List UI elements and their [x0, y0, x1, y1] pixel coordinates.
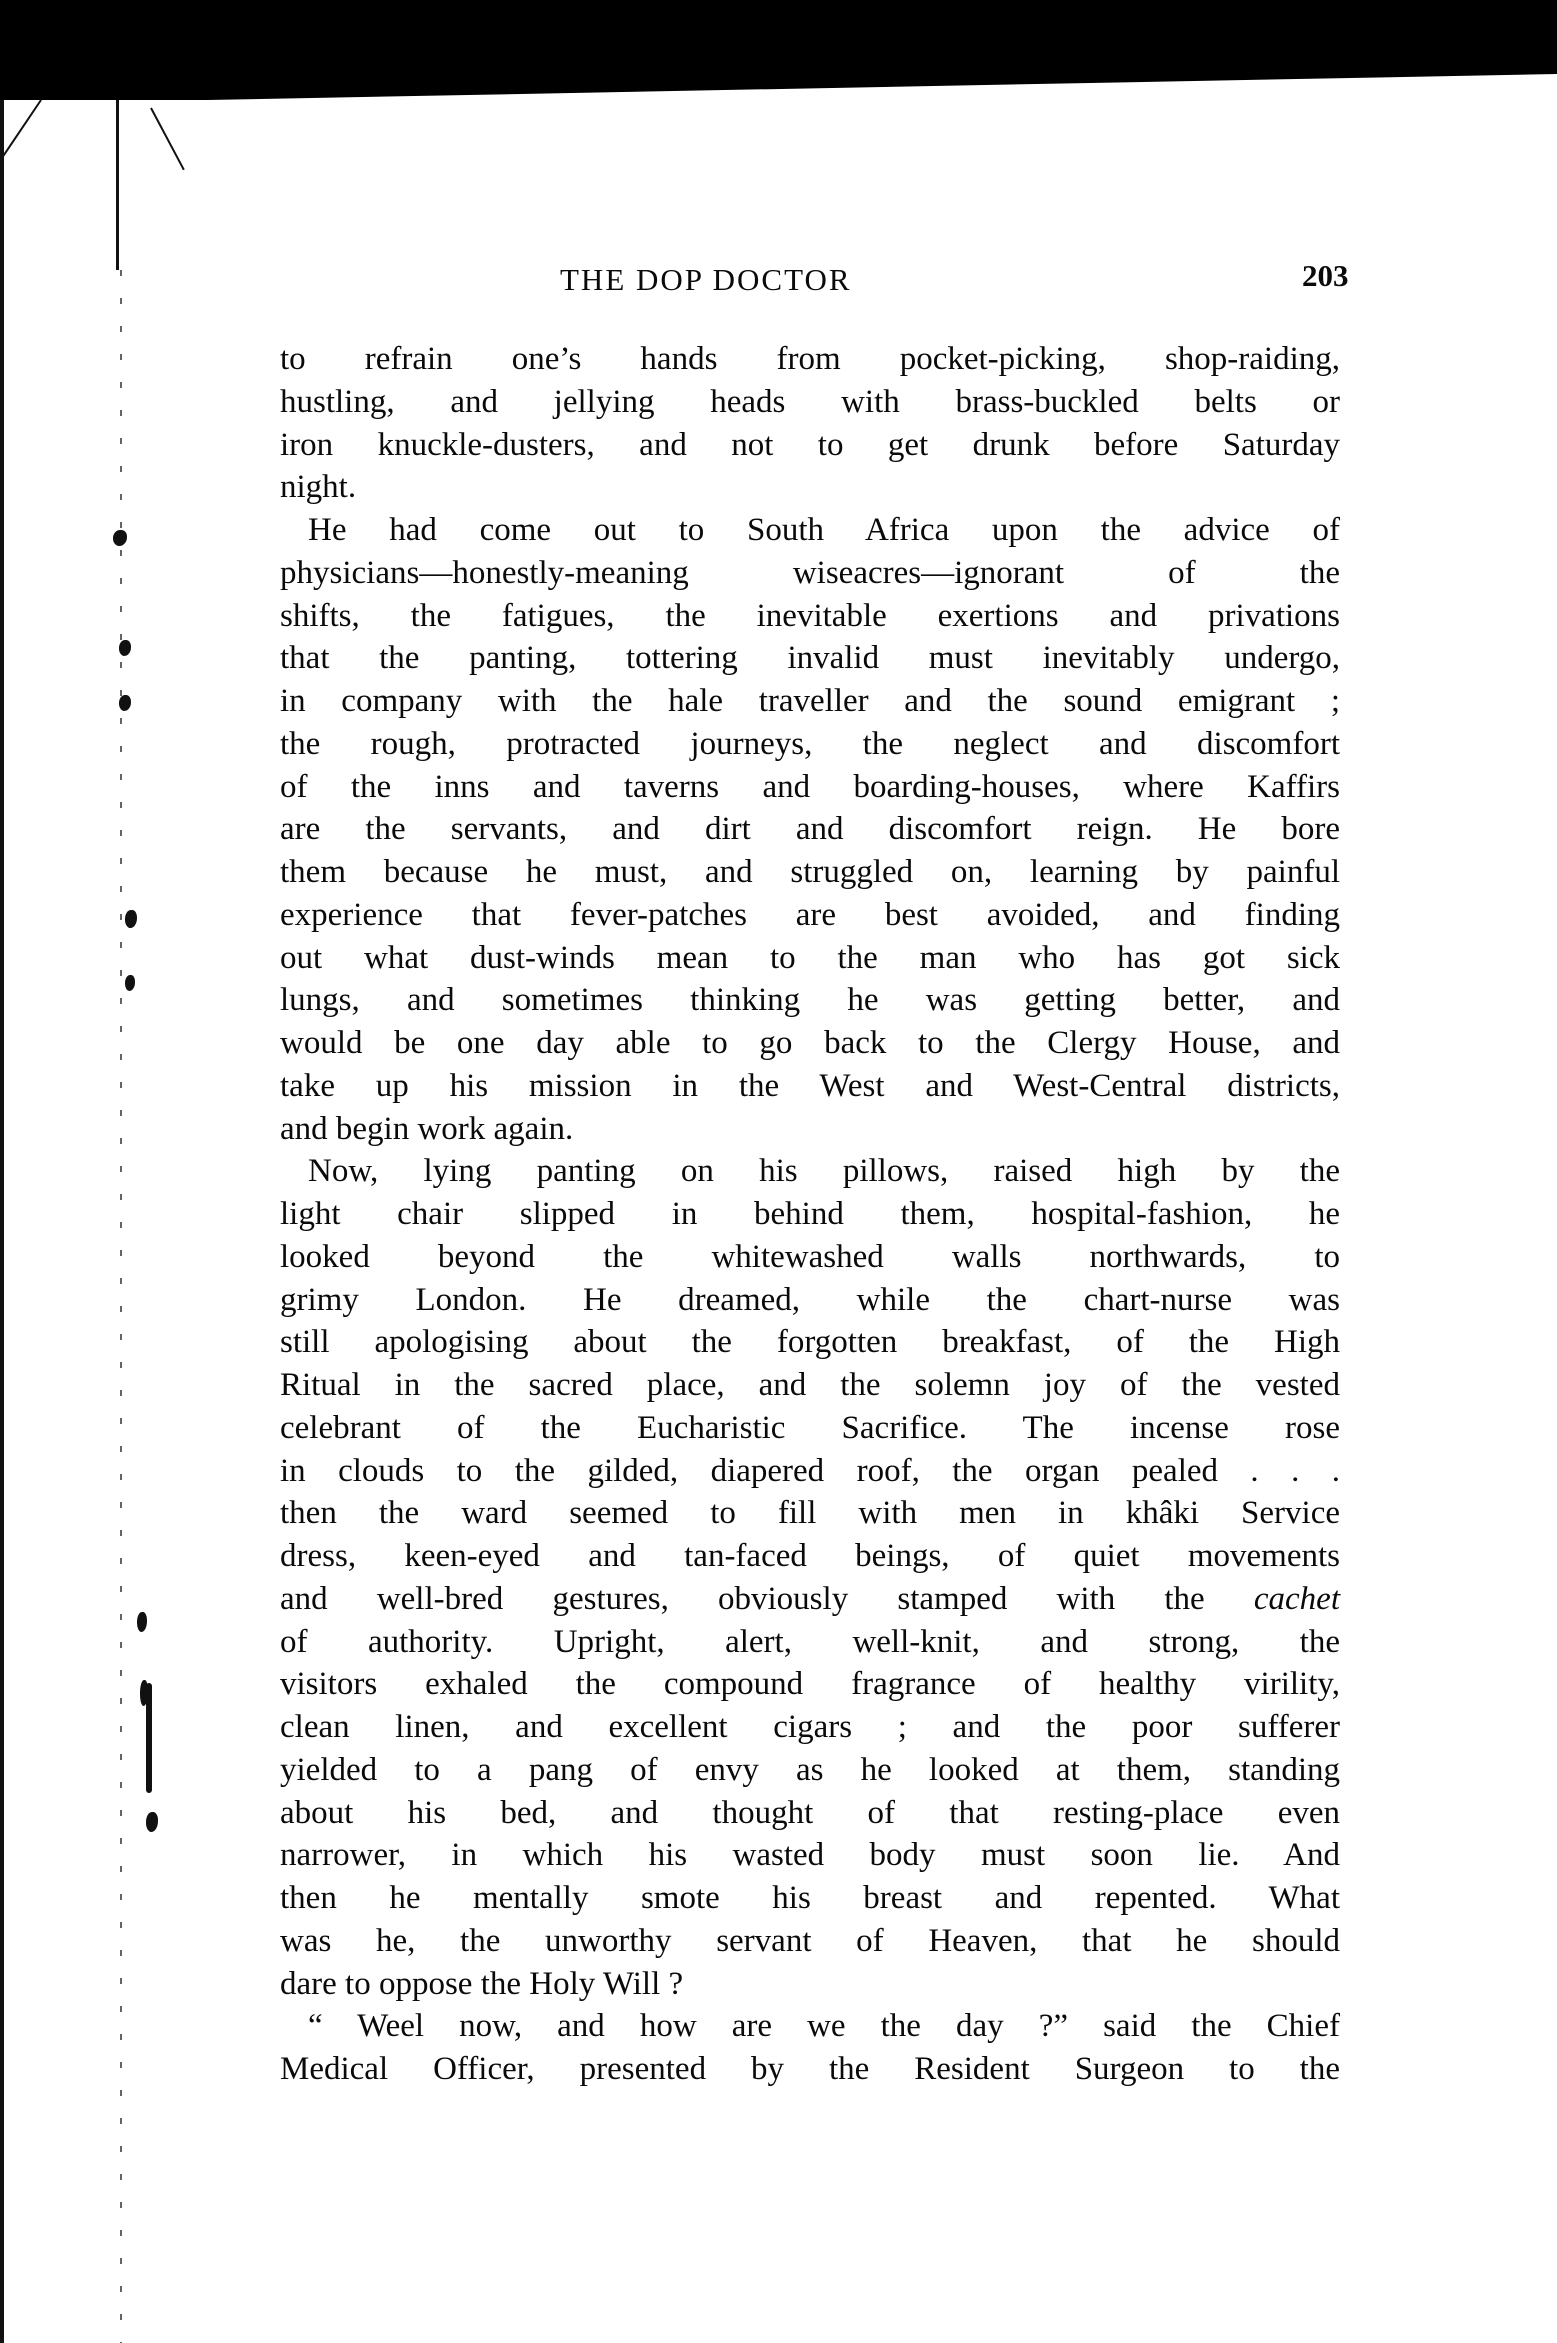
text-line-content: would be one day able to go back to the …	[280, 1025, 1340, 1061]
body-text: to refrain one’s hands from pocket-picki…	[280, 338, 1340, 2091]
text-line-content: night.	[280, 469, 356, 505]
text-line-content: still apologising about the forgotten br…	[280, 1324, 1340, 1360]
text-line-content: iron knuckle-dusters, and not to get dru…	[280, 427, 1340, 463]
text-line: and begin work again.	[280, 1108, 1340, 1151]
text-line: them because he must, and struggled on, …	[280, 851, 1340, 894]
text-line-content: shifts, the fatigues, the inevitable exe…	[280, 598, 1340, 634]
text-line: dress, keen-eyed and tan-faced beings, o…	[280, 1535, 1340, 1578]
text-line-content: about his bed, and thought of that resti…	[280, 1795, 1340, 1831]
text-line: physicians—honestly-meaning wiseacres—ig…	[280, 552, 1340, 595]
text-line: experience that fever-patches are best a…	[280, 894, 1340, 937]
text-line-content: hustling, and jellying heads with brass-…	[280, 384, 1340, 420]
text-line-content: He had come out to South Africa upon the…	[308, 512, 1340, 548]
text-line-content: dare to oppose the Holy Will ?	[280, 1966, 683, 2002]
running-head: THE DOP DOCTOR	[560, 262, 852, 298]
text-line-content: take up his mission in the West and West…	[280, 1068, 1340, 1104]
scan-top-black-band	[0, 0, 1557, 100]
text-line-content: and begin work again.	[280, 1111, 573, 1147]
text-line-content: of authority. Upright, alert, well-knit,…	[280, 1624, 1340, 1660]
text-line-content: yielded to a pang of envy as he looked a…	[280, 1752, 1340, 1788]
text-line: celebrant of the Eucharistic Sacrifice. …	[280, 1407, 1340, 1450]
text-line-content: grimy London. He dreamed, while the char…	[280, 1282, 1340, 1318]
text-line-content: to refrain one’s hands from pocket-picki…	[280, 341, 1340, 377]
scan-artifact-stroke	[150, 108, 185, 171]
text-line-content: lungs, and sometimes thinking he was get…	[280, 982, 1340, 1018]
text-line-content: clean linen, and excellent cigars ; and …	[280, 1709, 1340, 1745]
text-line-content: light chair slipped in behind them, hosp…	[280, 1196, 1340, 1232]
text-line: dare to oppose the Holy Will ?	[280, 1963, 1340, 2006]
text-line: “ Weel now, and how are we the day ?” sa…	[280, 2005, 1340, 2048]
text-line: iron knuckle-dusters, and not to get dru…	[280, 424, 1340, 467]
text-line-content: the rough, protracted journeys, the negl…	[280, 726, 1340, 762]
text-line: shifts, the fatigues, the inevitable exe…	[280, 595, 1340, 638]
text-line-content: Now, lying panting on his pillows, raise…	[308, 1153, 1340, 1189]
text-line: light chair slipped in behind them, hosp…	[280, 1193, 1340, 1236]
scan-left-edge	[0, 100, 4, 2343]
text-line: then the ward seemed to fill with men in…	[280, 1492, 1340, 1535]
text-line-content: in company with the hale traveller and t…	[280, 683, 1340, 719]
text-line: hustling, and jellying heads with brass-…	[280, 381, 1340, 424]
text-line: and well-bred gestures, obviously stampe…	[280, 1578, 1340, 1621]
binding-gutter-line	[116, 100, 119, 270]
ink-blot	[125, 910, 137, 928]
text-line-content: looked beyond the whitewashed walls nort…	[280, 1239, 1340, 1275]
text-line-content: and well-bred gestures, obviously stampe…	[280, 1581, 1205, 1617]
text-line: yielded to a pang of envy as he looked a…	[280, 1749, 1340, 1792]
ink-blot	[146, 1812, 158, 1832]
text-line: looked beyond the whitewashed walls nort…	[280, 1236, 1340, 1279]
text-line-content: physicians—honestly-meaning wiseacres—ig…	[280, 555, 1340, 591]
text-line: of authority. Upright, alert, well-knit,…	[280, 1621, 1340, 1664]
text-line: out what dust-winds mean to the man who …	[280, 937, 1340, 980]
text-line: to refrain one’s hands from pocket-picki…	[280, 338, 1340, 381]
binding-gutter-specks	[120, 270, 122, 2343]
text-line: would be one day able to go back to the …	[280, 1022, 1340, 1065]
text-line: grimy London. He dreamed, while the char…	[280, 1279, 1340, 1322]
text-line: clean linen, and excellent cigars ; and …	[280, 1706, 1340, 1749]
ink-smear	[146, 1683, 152, 1793]
text-line: about his bed, and thought of that resti…	[280, 1792, 1340, 1835]
text-line-content: experience that fever-patches are best a…	[280, 897, 1340, 933]
text-line: the rough, protracted journeys, the negl…	[280, 723, 1340, 766]
text-line: still apologising about the forgotten br…	[280, 1321, 1340, 1364]
text-line-content: celebrant of the Eucharistic Sacrifice. …	[280, 1410, 1340, 1446]
scan-artifact-stroke	[0, 99, 42, 162]
text-line: Now, lying panting on his pillows, raise…	[280, 1150, 1340, 1193]
text-line-content: dress, keen-eyed and tan-faced beings, o…	[280, 1538, 1340, 1574]
text-line: night.	[280, 466, 1340, 509]
text-line: Ritual in the sacred place, and the sole…	[280, 1364, 1340, 1407]
text-line: that the panting, tottering invalid must…	[280, 637, 1340, 680]
text-line-content: Medical Officer, presented by the Reside…	[280, 2051, 1340, 2087]
text-line-content: them because he must, and struggled on, …	[280, 854, 1340, 890]
text-line-content: narrower, in which his wasted body must …	[280, 1837, 1340, 1873]
text-line-content: out what dust-winds mean to the man who …	[280, 940, 1340, 976]
ink-blot	[119, 695, 131, 711]
text-line: He had come out to South Africa upon the…	[280, 509, 1340, 552]
text-line: lungs, and sometimes thinking he was get…	[280, 979, 1340, 1022]
text-line: of the inns and taverns and boarding-hou…	[280, 766, 1340, 809]
ink-blot	[119, 640, 131, 656]
text-line-content: visitors exhaled the compound fragrance …	[280, 1666, 1340, 1702]
text-line: narrower, in which his wasted body must …	[280, 1834, 1340, 1877]
ink-blot	[125, 975, 135, 991]
text-line-content: Ritual in the sacred place, and the sole…	[280, 1367, 1340, 1403]
text-line: was he, the unworthy servant of Heaven, …	[280, 1920, 1340, 1963]
ink-blot	[137, 1612, 147, 1632]
text-line: take up his mission in the West and West…	[280, 1065, 1340, 1108]
text-line-content: was he, the unworthy servant of Heaven, …	[280, 1923, 1340, 1959]
text-line: in clouds to the gilded, diapered roof, …	[280, 1450, 1340, 1493]
text-line: are the servants, and dirt and discomfor…	[280, 808, 1340, 851]
text-line-content: “ Weel now, and how are we the day ?” sa…	[308, 2008, 1340, 2044]
text-line-content: of the inns and taverns and boarding-hou…	[280, 769, 1340, 805]
text-line-content: in clouds to the gilded, diapered roof, …	[280, 1453, 1340, 1489]
page-number: 203	[1302, 258, 1349, 294]
text-line-content: then he mentally smote his breast and re…	[280, 1880, 1340, 1916]
text-line: Medical Officer, presented by the Reside…	[280, 2048, 1340, 2091]
text-line: in company with the hale traveller and t…	[280, 680, 1340, 723]
text-line-content: then the ward seemed to fill with men in…	[280, 1495, 1340, 1531]
ink-blot	[113, 530, 127, 546]
text-line-content: that the panting, tottering invalid must…	[280, 640, 1340, 676]
text-line: then he mentally smote his breast and re…	[280, 1877, 1340, 1920]
text-line-content: are the servants, and dirt and discomfor…	[280, 811, 1340, 847]
italic-word: cachet	[1254, 1581, 1340, 1617]
text-line: visitors exhaled the compound fragrance …	[280, 1663, 1340, 1706]
